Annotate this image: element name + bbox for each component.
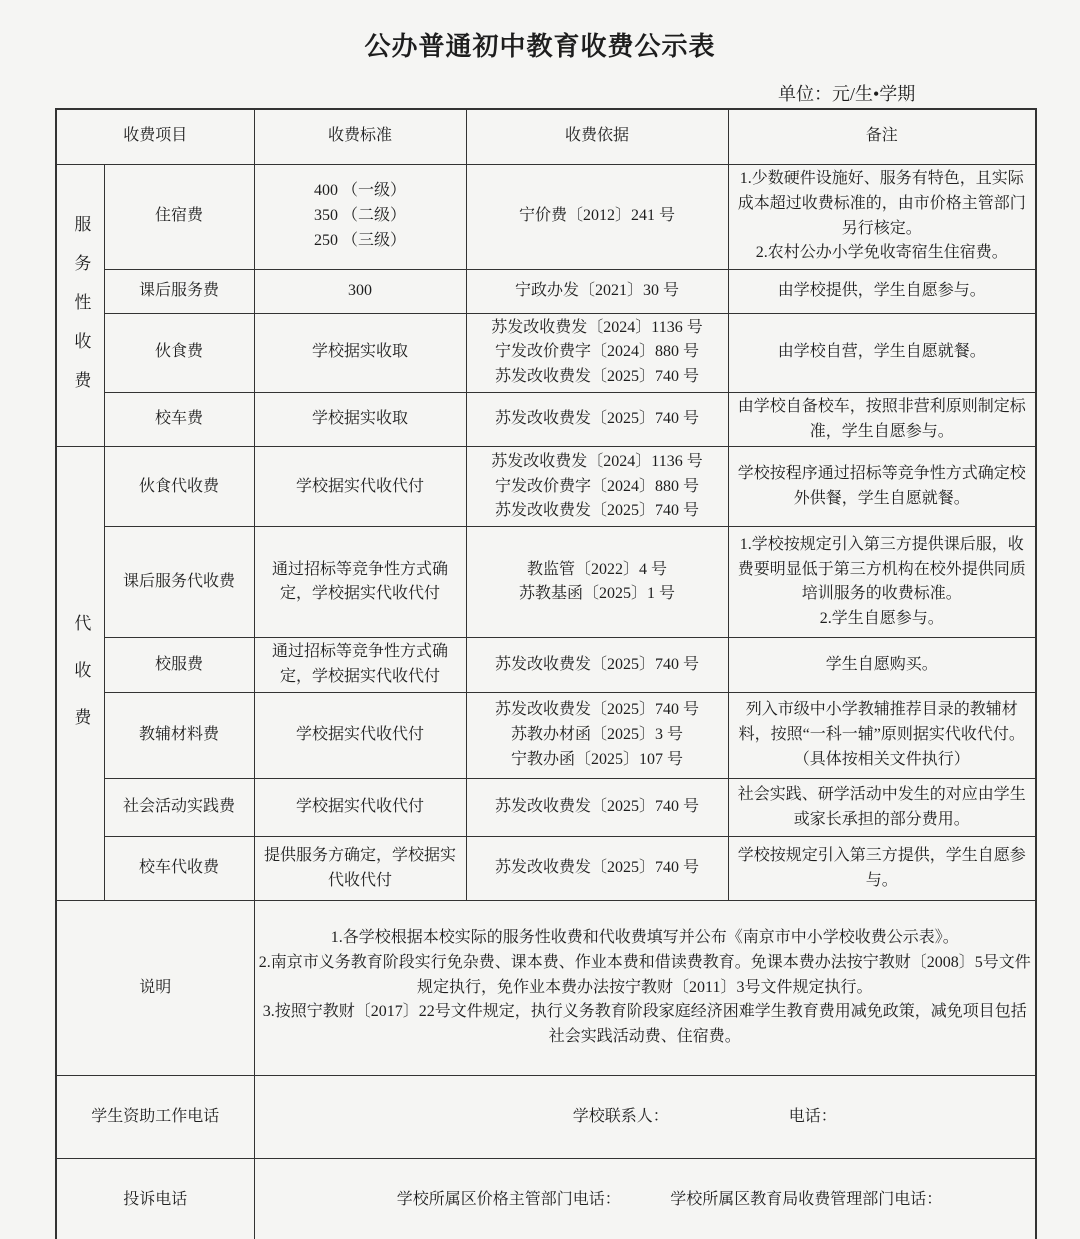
fee-standard-cell: 学校据实收取: [254, 392, 466, 447]
basis-line: 苏教办材函〔2025〕3 号: [471, 723, 724, 748]
fee-standard-cell: 提供服务方确定，学校据实代收代付: [254, 837, 466, 901]
remark-line: 由学校自备校车，按照非营利原则制定标准，学生自愿参与。: [733, 395, 1032, 445]
complaint-phone-row: 投诉电话 学校所属区价格主管部门电话：学校所属区教育局收费管理部门电话：: [56, 1159, 1036, 1239]
fee-basis-cell: 苏发改收费发〔2025〕740 号: [466, 837, 728, 901]
fee-standard-cell: 学校据实代收代付: [254, 779, 466, 837]
remark-line: 2.农村公办小学免收寄宿生住宿费。: [733, 241, 1032, 266]
fee-basis-cell: 苏发改收费发〔2025〕740 号: [466, 638, 728, 693]
basis-line: 宁教办函〔2025〕107 号: [471, 748, 724, 773]
standard-line: 定，学校据实代收代付: [259, 582, 462, 607]
standard-line: 学校据实代收代付: [259, 795, 462, 820]
agency-fees-group-cell: 代收费: [56, 447, 104, 901]
basis-line: 宁政办发〔2021〕30 号: [471, 279, 724, 304]
fee-item-name: 教辅材料费: [104, 693, 254, 779]
note-line: 1.各学校根据本校实际的服务性收费和代收费填写并公布《南京市中小学校收费公示表》…: [259, 926, 1032, 951]
standard-line: 学校据实收取: [259, 340, 462, 365]
basis-line: 苏发改收费发〔2025〕740 号: [471, 795, 724, 820]
fee-standard-cell: 学校据实代收代付: [254, 447, 466, 527]
student-aid-phone-row: 学生资助工作电话 学校联系人：电话：: [56, 1076, 1036, 1159]
basis-line: 宁发改价费字〔2024〕880 号: [471, 340, 724, 365]
fee-item-name: 住宿费: [104, 164, 254, 269]
table-row-uniform: 校服费 通过招标等竞争性方式确 定，学校据实代收代付 苏发改收费发〔2025〕7…: [56, 638, 1036, 693]
header-fee-item: 收费项目: [56, 109, 254, 164]
standard-line: 350 （二级）: [259, 204, 462, 229]
fee-standard-cell: 通过招标等竞争性方式确 定，学校据实代收代付: [254, 527, 466, 638]
student-aid-phone-label: 学生资助工作电话: [56, 1076, 254, 1159]
fee-item-name: 伙食代收费: [104, 447, 254, 527]
standard-line: 提供服务方确定，学校据实代收代付: [259, 844, 462, 894]
fee-basis-cell: 苏发改收费发〔2024〕1136 号 宁发改价费字〔2024〕880 号 苏发改…: [466, 447, 728, 527]
fee-item-name: 校服费: [104, 638, 254, 693]
complaint-phone-cell: 学校所属区价格主管部门电话：学校所属区教育局收费管理部门电话：: [254, 1159, 1036, 1239]
agency-fees-group-label: 代收费: [67, 614, 93, 755]
fee-item-name: 社会活动实践费: [104, 779, 254, 837]
remark-line: 学校按规定引入第三方提供，学生自愿参与。: [733, 844, 1032, 894]
table-header-row: 收费项目 收费标准 收费依据 备注: [56, 109, 1036, 164]
remark-line: 2.学生自愿参与。: [733, 607, 1032, 632]
standard-line: 300: [259, 279, 462, 304]
fee-remark-cell: 1.学校按规定引入第三方提供课后服，收费要明显低于第三方机构在校外提供同质培训服…: [728, 527, 1036, 638]
fee-item-name: 伙食费: [104, 313, 254, 392]
basis-line: 苏发改收费发〔2024〕1136 号: [471, 316, 724, 341]
basis-line: 宁价费〔2012〕241 号: [471, 204, 724, 229]
fee-remark-cell: 学校按程序通过招标等竞争性方式确定校外供餐，学生自愿就餐。: [728, 447, 1036, 527]
fee-table: 收费项目 收费标准 收费依据 备注 服务性收费 住宿费 400 （一级） 350…: [55, 108, 1037, 1239]
basis-line: 苏教基函〔2025〕1 号: [471, 582, 724, 607]
notes-cell: 1.各学校根据本校实际的服务性收费和代收费填写并公布《南京市中小学校收费公示表》…: [254, 901, 1036, 1076]
fee-item-name: 课后服务代收费: [104, 527, 254, 638]
standard-line: 学校据实代收代付: [259, 475, 462, 500]
standard-line: 250 （三级）: [259, 229, 462, 254]
standard-line: 通过招标等竞争性方式确: [259, 640, 462, 665]
basis-line: 苏发改收费发〔2025〕740 号: [471, 698, 724, 723]
note-line: 2.南京市义务教育阶段实行免杂费、课本费、作业本费和借读费教育。免课本费办法按宁…: [259, 951, 1032, 1001]
header-fee-standard: 收费标准: [254, 109, 466, 164]
header-remark: 备注: [728, 109, 1036, 164]
fee-basis-cell: 苏发改收费发〔2024〕1136 号 宁发改价费字〔2024〕880 号 苏发改…: [466, 313, 728, 392]
fee-remark-cell: 学校按规定引入第三方提供，学生自愿参与。: [728, 837, 1036, 901]
fee-item-name: 校车代收费: [104, 837, 254, 901]
remark-line: 学校按程序通过招标等竞争性方式确定校外供餐，学生自愿就餐。: [733, 462, 1032, 512]
standard-line: 定，学校据实代收代付: [259, 665, 462, 690]
table-row-meal-agency: 代收费 伙食代收费 学校据实代收代付 苏发改收费发〔2024〕1136 号 宁发…: [56, 447, 1036, 527]
remark-line: 社会实践、研学活动中发生的对应由学生或家长承担的部分费用。: [733, 783, 1032, 833]
fee-basis-cell: 苏发改收费发〔2025〕740 号: [466, 779, 728, 837]
remark-line: 由学校自营，学生自愿就餐。: [733, 340, 1032, 365]
fee-remark-cell: 1.少数硬件设施好、服务有特色，且实际成本超过收费标准的，由市价格主管部门另行核…: [728, 164, 1036, 269]
fee-item-name: 校车费: [104, 392, 254, 447]
price-dept-phone-label: 学校所属区价格主管部门电话：: [347, 1188, 670, 1213]
basis-line: 苏发改收费发〔2025〕740 号: [471, 407, 724, 432]
basis-line: 宁发改价费字〔2024〕880 号: [471, 475, 724, 500]
fee-basis-cell: 苏发改收费发〔2025〕740 号 苏教办材函〔2025〕3 号 宁教办函〔20…: [466, 693, 728, 779]
standard-line: 学校据实代收代付: [259, 723, 462, 748]
fee-standard-cell: 学校据实收取: [254, 313, 466, 392]
remark-line: 列入市级中小学教辅推荐目录的教辅材料，按照“一科一辅”原则据实代收代付。（具体按…: [733, 698, 1032, 772]
school-contact-label: 学校联系人：: [453, 1105, 789, 1130]
remark-line: 由学校提供，学生自愿参与。: [733, 279, 1032, 304]
fee-basis-cell: 宁政办发〔2021〕30 号: [466, 269, 728, 313]
phone-label: 电话：: [789, 1108, 837, 1125]
student-aid-phone-cell: 学校联系人：电话：: [254, 1076, 1036, 1159]
fee-remark-cell: 学生自愿购买。: [728, 638, 1036, 693]
remark-line: 1.少数硬件设施好、服务有特色，且实际成本超过收费标准的，由市价格主管部门另行核…: [733, 167, 1032, 241]
fee-standard-cell: 400 （一级） 350 （二级） 250 （三级）: [254, 164, 466, 269]
table-row-schoolbus: 校车费 学校据实收取 苏发改收费发〔2025〕740 号 由学校自备校车，按照非…: [56, 392, 1036, 447]
fee-basis-cell: 苏发改收费发〔2025〕740 号: [466, 392, 728, 447]
table-row-materials: 教辅材料费 学校据实代收代付 苏发改收费发〔2025〕740 号 苏教办材函〔2…: [56, 693, 1036, 779]
page-title: 公办普通初中教育收费公示表: [0, 26, 1080, 63]
remark-line: 1.学校按规定引入第三方提供课后服，收费要明显低于第三方机构在校外提供同质培训服…: [733, 533, 1032, 607]
note-line: 3.按照宁教财〔2017〕22号文件规定，执行义务教育阶段家庭经济困难学生教育费…: [259, 1000, 1032, 1050]
fee-item-name: 课后服务费: [104, 269, 254, 313]
standard-line: 学校据实收取: [259, 407, 462, 432]
fee-publicity-document: 公办普通初中教育收费公示表 单位：元/生•学期 收费项目 收费标准 收费依据 备…: [0, 0, 1080, 1239]
service-fees-group-label: 服务性收费: [67, 215, 93, 410]
table-row-afterschool: 课后服务费 300 宁政办发〔2021〕30 号 由学校提供，学生自愿参与。: [56, 269, 1036, 313]
edu-dept-phone-label: 学校所属区教育局收费管理部门电话：: [670, 1191, 942, 1208]
unit-note: 单位：元/生•学期: [778, 80, 915, 106]
fee-remark-cell: 社会实践、研学活动中发生的对应由学生或家长承担的部分费用。: [728, 779, 1036, 837]
fee-remark-cell: 由学校自备校车，按照非营利原则制定标准，学生自愿参与。: [728, 392, 1036, 447]
basis-line: 苏发改收费发〔2025〕740 号: [471, 365, 724, 390]
complaint-phone-label: 投诉电话: [56, 1159, 254, 1239]
notes-label: 说明: [56, 901, 254, 1076]
fee-standard-cell: 学校据实代收代付: [254, 693, 466, 779]
notes-row: 说明 1.各学校根据本校实际的服务性收费和代收费填写并公布《南京市中小学校收费公…: [56, 901, 1036, 1076]
basis-line: 苏发改收费发〔2025〕740 号: [471, 499, 724, 524]
standard-line: 通过招标等竞争性方式确: [259, 558, 462, 583]
basis-line: 苏发改收费发〔2024〕1136 号: [471, 450, 724, 475]
header-fee-basis: 收费依据: [466, 109, 728, 164]
fee-standard-cell: 300: [254, 269, 466, 313]
table-row-meal: 伙食费 学校据实收取 苏发改收费发〔2024〕1136 号 宁发改价费字〔202…: [56, 313, 1036, 392]
basis-line: 苏发改收费发〔2025〕740 号: [471, 653, 724, 678]
fee-standard-cell: 通过招标等竞争性方式确 定，学校据实代收代付: [254, 638, 466, 693]
fee-remark-cell: 列入市级中小学教辅推荐目录的教辅材料，按照“一科一辅”原则据实代收代付。（具体按…: [728, 693, 1036, 779]
standard-line: 400 （一级）: [259, 179, 462, 204]
basis-line: 教监管〔2022〕4 号: [471, 558, 724, 583]
service-fees-group-cell: 服务性收费: [56, 164, 104, 447]
table-row-accommodation: 服务性收费 住宿费 400 （一级） 350 （二级） 250 （三级） 宁价费…: [56, 164, 1036, 269]
basis-line: 苏发改收费发〔2025〕740 号: [471, 856, 724, 881]
remark-line: 学生自愿购买。: [733, 653, 1032, 678]
fee-basis-cell: 宁价费〔2012〕241 号: [466, 164, 728, 269]
table-row-social-practice: 社会活动实践费 学校据实代收代付 苏发改收费发〔2025〕740 号 社会实践、…: [56, 779, 1036, 837]
fee-remark-cell: 由学校自营，学生自愿就餐。: [728, 313, 1036, 392]
fee-remark-cell: 由学校提供，学生自愿参与。: [728, 269, 1036, 313]
table-row-afterschool-agency: 课后服务代收费 通过招标等竞争性方式确 定，学校据实代收代付 教监管〔2022〕…: [56, 527, 1036, 638]
table-row-schoolbus-agency: 校车代收费 提供服务方确定，学校据实代收代付 苏发改收费发〔2025〕740 号…: [56, 837, 1036, 901]
fee-basis-cell: 教监管〔2022〕4 号 苏教基函〔2025〕1 号: [466, 527, 728, 638]
